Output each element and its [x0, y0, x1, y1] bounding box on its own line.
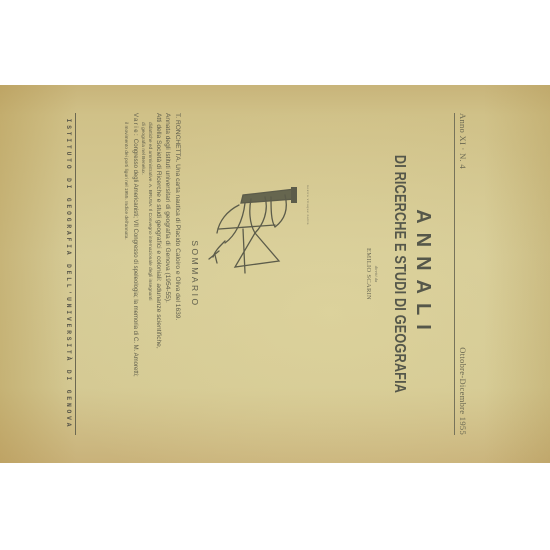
varie-label: Varie: [132, 113, 138, 137]
footer-rule [75, 113, 76, 435]
toc-entry: didattiche ed amministrative. A. BRUSA: … [146, 113, 153, 435]
sailing-ship-icon [205, 181, 305, 291]
publisher-institute: ISTITUTO DI GEOGRAFIA DELL'UNIVERSITÀ DI… [65, 113, 72, 435]
journal-title: ANNALI [411, 85, 434, 463]
issue-header: Anno XI · N. 4 Ottobre-Dicembre 1955 [458, 113, 468, 435]
emblem-caption: nostra vitaque navis [306, 185, 310, 225]
toc-entry: di geografia nel Benelux. [139, 113, 146, 435]
header-rule [454, 113, 455, 435]
table-of-contents: T. RONCHETTA. Una carta nautica di Placi… [122, 113, 182, 435]
toc-entry: Annata degli Istituti universitari di ge… [163, 113, 173, 435]
journal-cover: Anno XI · N. 4 Ottobre-Dicembre 1955 ANN… [0, 85, 550, 463]
scanned-page: Anno XI · N. 4 Ottobre-Dicembre 1955 ANN… [0, 85, 550, 463]
issue-number: Anno XI · N. 4 [458, 113, 468, 169]
editor-name: EMILIO SCARIN [365, 85, 372, 463]
toc-entry: Varie: Congresso degli Americanisti; VII… [129, 113, 139, 435]
toc-entry: T. RONCHETTA. Una carta nautica di Placi… [172, 113, 182, 435]
issue-period: Ottobre-Dicembre 1955 [458, 347, 468, 435]
toc-entry: Atti della Società di Ricerche e studi g… [153, 113, 163, 435]
journal-subtitle: DI RICERCHE E STUDI DI GEOGRAFIA [390, 119, 408, 429]
directed-by-label: diretti da [374, 85, 379, 463]
sommario-heading: SOMMARIO [190, 85, 200, 463]
toc-entry: il movimento dei porti liguri nel 1955. … [122, 113, 129, 435]
